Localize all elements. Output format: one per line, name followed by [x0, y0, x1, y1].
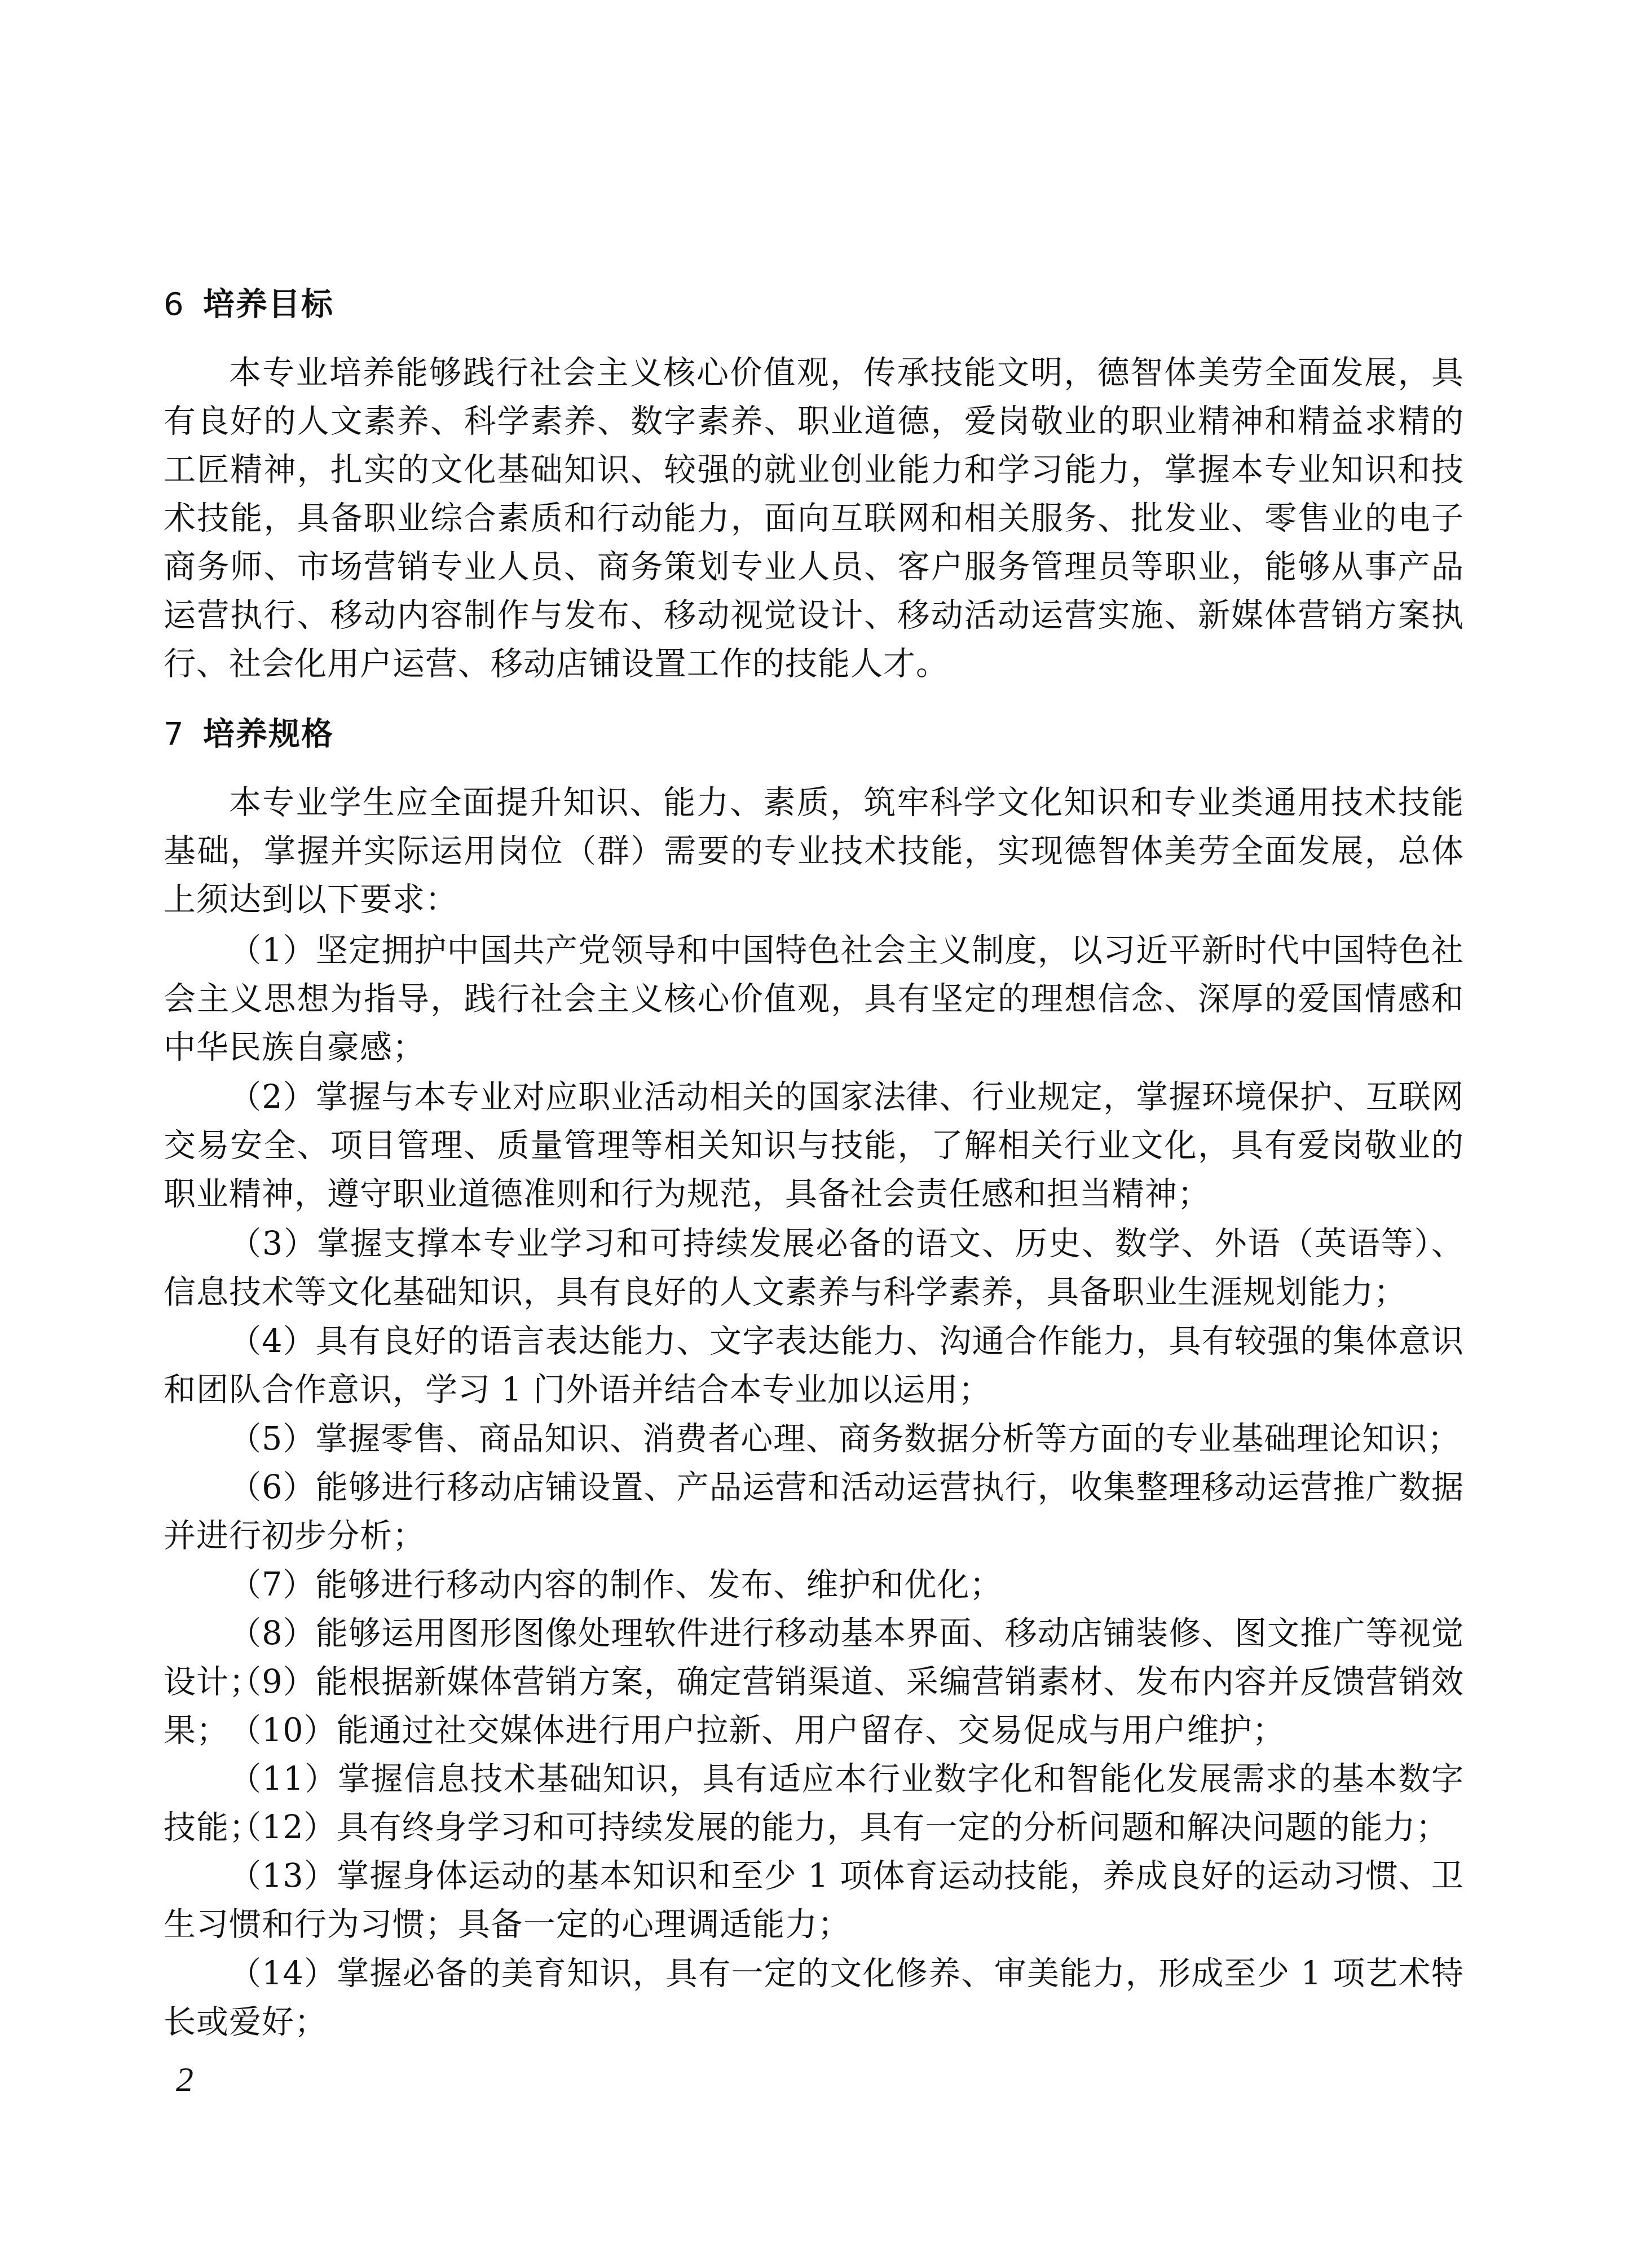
section-6-paragraph: 本专业培养能够践行社会主义核心价值观，传承技能文明，德智体美劳全面发展，具有良好… [164, 349, 1464, 688]
requirement-item-14: （14）掌握必备的美育知识，具有一定的文化修养、审美能力，形成至少 1 项艺术特… [164, 1949, 1464, 2046]
requirement-item-4: （4）具有良好的语言表达能力、文字表达能力、沟通合作能力，具有较强的集体意识和团… [164, 1317, 1464, 1414]
section-number: 7 [164, 712, 203, 757]
requirement-item-1: （1）坚定拥护中国共产党领导和中国特色社会主义制度，以习近平新时代中国特色社会主… [164, 926, 1464, 1072]
section-heading-6: 6培养目标 [164, 282, 334, 327]
requirement-item-3: （3）掌握支撑本专业学习和可持续发展必备的语文、历史、数学、外语（英语等）、信息… [164, 1219, 1464, 1316]
requirement-item-10: （10）能通过社交媒体进行用户拉新、用户留存、交易促成与用户维护； [164, 1706, 1464, 1755]
section-heading-7: 7培养规格 [164, 712, 334, 757]
requirement-item-7: （7）能够进行移动内容的制作、发布、维护和优化； [164, 1561, 1464, 1609]
requirement-item-12: （12）具有终身学习和可持续发展的能力，具有一定的分析问题和解决问题的能力； [164, 1803, 1464, 1852]
section-title: 培养规格 [203, 716, 334, 752]
page-number: 2 [176, 2060, 193, 2099]
requirement-item-5: （5）掌握零售、商品知识、消费者心理、商务数据分析等方面的专业基础理论知识； [164, 1415, 1464, 1463]
section-number: 6 [164, 282, 203, 327]
requirement-item-13: （13）掌握身体运动的基本知识和至少 1 项体育运动技能，养成良好的运动习惯、卫… [164, 1852, 1464, 1949]
section-title: 培养目标 [203, 286, 334, 323]
requirement-item-6: （6）能够进行移动店铺设置、产品运营和活动运营执行，收集整理移动运营推广数据并进… [164, 1463, 1464, 1560]
section-7-intro: 本专业学生应全面提升知识、能力、素质，筑牢科学文化知识和专业类通用技术技能基础，… [164, 778, 1464, 924]
requirement-item-2: （2）掌握与本专业对应职业活动相关的国家法律、行业规定，掌握环境保护、互联网交易… [164, 1073, 1464, 1218]
